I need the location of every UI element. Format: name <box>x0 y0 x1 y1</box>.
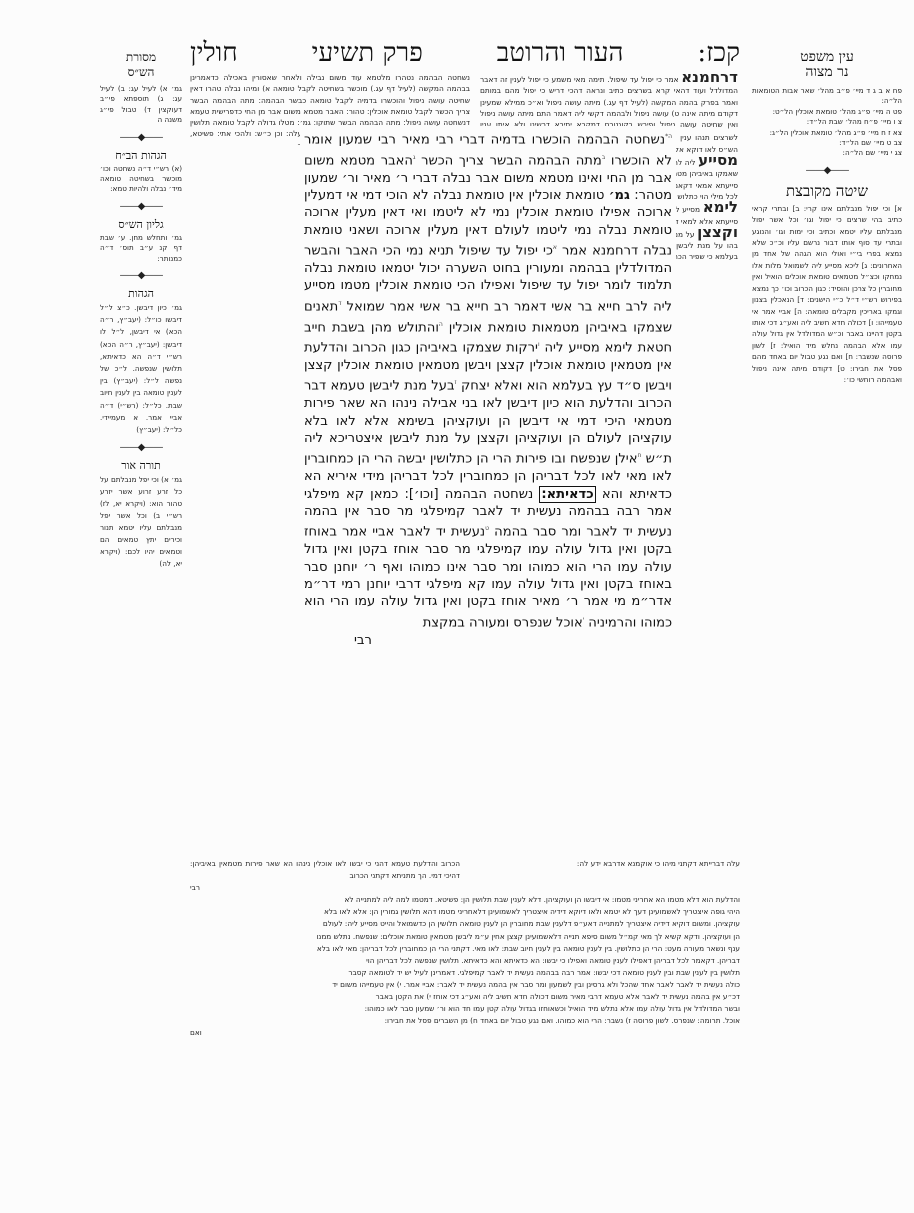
catchword: רבי <box>304 632 672 649</box>
reference-letter: ח <box>637 452 641 459</box>
commentary-line: אוכל. תרומה: שנפרס. לשון פרוסה ז) נשבר: … <box>190 1015 740 1027</box>
reference-letter: ט <box>485 525 489 532</box>
commentary-line: דבריהן. דקאמר לכל דבריהן דאפילו לענין טו… <box>190 955 740 967</box>
torah-or-title: תורה אור <box>100 459 182 472</box>
gemara-text: ה*נשחטה הבהמה הוכשרו בדמיה דברי רבי מאיר… <box>300 126 676 651</box>
commentary-line: והדלעת הוא דלא מטמו הא אחריני מטמו: אי ד… <box>190 894 740 906</box>
dibbur-hamatchil: דרחמנא <box>681 68 738 86</box>
hagahot-bach-text: (א) רש״י ד״ה נשחטה וכו׳ מוכשר בשחיטה טומ… <box>100 164 182 195</box>
final-catchword: ואם <box>190 1027 740 1039</box>
hashas-title: הש״ס <box>100 65 182 80</box>
commentary-line: תלושין בין לענין שבת ובין לענין טומאה דכ… <box>190 967 740 979</box>
shita-mekubetzet-text: א] וכי יפול מנבלתם אינו קרי: ב] ובתרי קר… <box>752 203 902 386</box>
dibbur-hamatchil: לימא <box>703 198 738 216</box>
gilyon-hashas-text: גמ׳ ותחלש מחן. ע׳ שבת דף קנ ע״ב תוס׳ ד״ה… <box>100 233 182 264</box>
boxed-word: כדאיתא: <box>539 486 595 503</box>
torah-or-text: גמ׳ א) וכי יפל מנבלתם על כל זרע זרוע אשר… <box>100 474 182 570</box>
commentary-line: דכ״ע אין בהמה נעשית יד לאבר אלא טעמא דרב… <box>190 991 740 1003</box>
tosafot-end: עלה דברייתא דקתני מיהו כי אוקמנא אדרבא י… <box>480 858 740 882</box>
commentary-line: כולה נעשית יד לאבר לאבר אחד שהכל ולא גרס… <box>190 979 740 991</box>
bottom-commentary: עלה דברייתא דקתני מיהו כי אוקמנא אדרבא י… <box>190 858 740 1039</box>
gemara-label: גמ׳ <box>609 188 630 203</box>
mesoret-title: מסורת <box>100 50 182 65</box>
commentary-line: ענף ונשאר מעורה מעט: הרי הן כתלושין. בין… <box>190 943 740 955</box>
ornament-divider: ——◆—— <box>100 270 182 281</box>
reference-letter: ב <box>602 154 605 161</box>
gemara-segment: מתה הבהמה הבשר צריך הכשר <box>421 153 602 168</box>
reference-letter: ה <box>439 321 443 328</box>
ornament-divider: ——◆—— <box>100 201 182 212</box>
ein-mishpat-entry: צ ו מיי׳ פ״ח מהל׳ שבת הל״ד: <box>752 117 902 127</box>
reference-letter: ו <box>538 341 540 348</box>
hagahot-text: גמ׳ כיון דיבשן. כ״צ ל״ל דיבשו כו״ל: (יעב… <box>100 302 182 436</box>
reference-letter: ז <box>455 379 457 386</box>
talmud-page: קכז: העור והרוטב פרק תשיעי חולין עין משפ… <box>0 0 914 1213</box>
ornament-divider: ——◆—— <box>100 442 182 453</box>
reference-letter: י <box>583 616 584 623</box>
gemara-segment: אוכל שנפרס ומעורה במקצת <box>423 615 583 630</box>
page-number: קכז: <box>697 38 740 68</box>
ornament-divider: ——◆—— <box>100 132 182 143</box>
ein-mishpat-title: עין משפט <box>752 50 902 65</box>
hagahot-title: הגהות <box>100 287 182 300</box>
shita-mekubetzet-title: שיטה מקובצת <box>752 182 902 201</box>
chapter-label: פרק תשיעי <box>312 38 423 68</box>
commentary-line: היהי גופה איצטריך לאשמועינן דעך לא יטמא … <box>190 906 740 918</box>
rabbi-label: רבי <box>190 882 740 894</box>
rashi-end: הכרוב והדלעת טעמא דהני כי יבשו לאו אוכלי… <box>190 858 460 882</box>
dibbur-hamatchil: וקצצן <box>697 223 738 241</box>
mesoret-text: גמ׳ א) לעיל עג: ב) לעיל עג: ג) תוספתא פי… <box>100 84 182 126</box>
ein-mishpat-entry: צב ט מיי׳ שם הל״ד: <box>752 138 902 148</box>
right-margin: עין משפט נר מצוה פח א ב ג ד מיי׳ פ״ב מהל… <box>752 32 902 385</box>
reference-letter: ד <box>338 300 341 307</box>
commentary-line: הן ועוקציהן. ודקא קשיא לך מאי קמ״ל משום … <box>190 931 740 943</box>
commentary-line: עוקציהן. ומשום דוקיא דידיה איצטריך למתני… <box>190 918 740 930</box>
ner-mitzvah-title: נר מצוה <box>752 65 902 80</box>
ein-mishpat-entry: פח א ב ג ד מיי׳ פ״ב מהל׳ שאר אבות הטומאו… <box>752 86 902 107</box>
dibbur-hamatchil: מסייע <box>698 151 738 169</box>
page-header: קכז: העור והרוטב פרק תשיעי חולין <box>190 28 740 68</box>
left-margin: מסורת הש״ס גמ׳ א) לעיל עג: ב) לעיל עג: ג… <box>100 32 182 570</box>
ein-mishpat-entry: צא ז ח מיי׳ פ״ג מהל׳ טומאת אוכלין הל״ג: <box>752 128 902 138</box>
ein-mishpat-entry: צג י מיי׳ שם הל״ה: <box>752 148 902 158</box>
chapter-name: העור והרוטב <box>497 38 624 68</box>
gilyon-hashas-title: גליון הש״ס <box>100 218 182 231</box>
ornament-divider: ——◆—— <box>752 165 902 176</box>
reference-letter: א <box>553 244 557 251</box>
tractate-name: חולין <box>190 38 238 68</box>
reference-letter: ג <box>413 154 415 161</box>
marker: ה* <box>665 133 672 140</box>
bottom-header-row: עלה דברייתא דקתני מיהו כי אוקמנא אדרבא י… <box>190 858 740 882</box>
commentary-line: ובשר המדולדל אין גדול עולה עמו אלא נתלש … <box>190 1003 740 1015</box>
ein-mishpat-entry: פט ה מיי׳ פ״ג מהל׳ טומאת אוכלין הל״ט: <box>752 107 902 117</box>
hagahot-bach-title: הגהות הב״ח <box>100 149 182 162</box>
